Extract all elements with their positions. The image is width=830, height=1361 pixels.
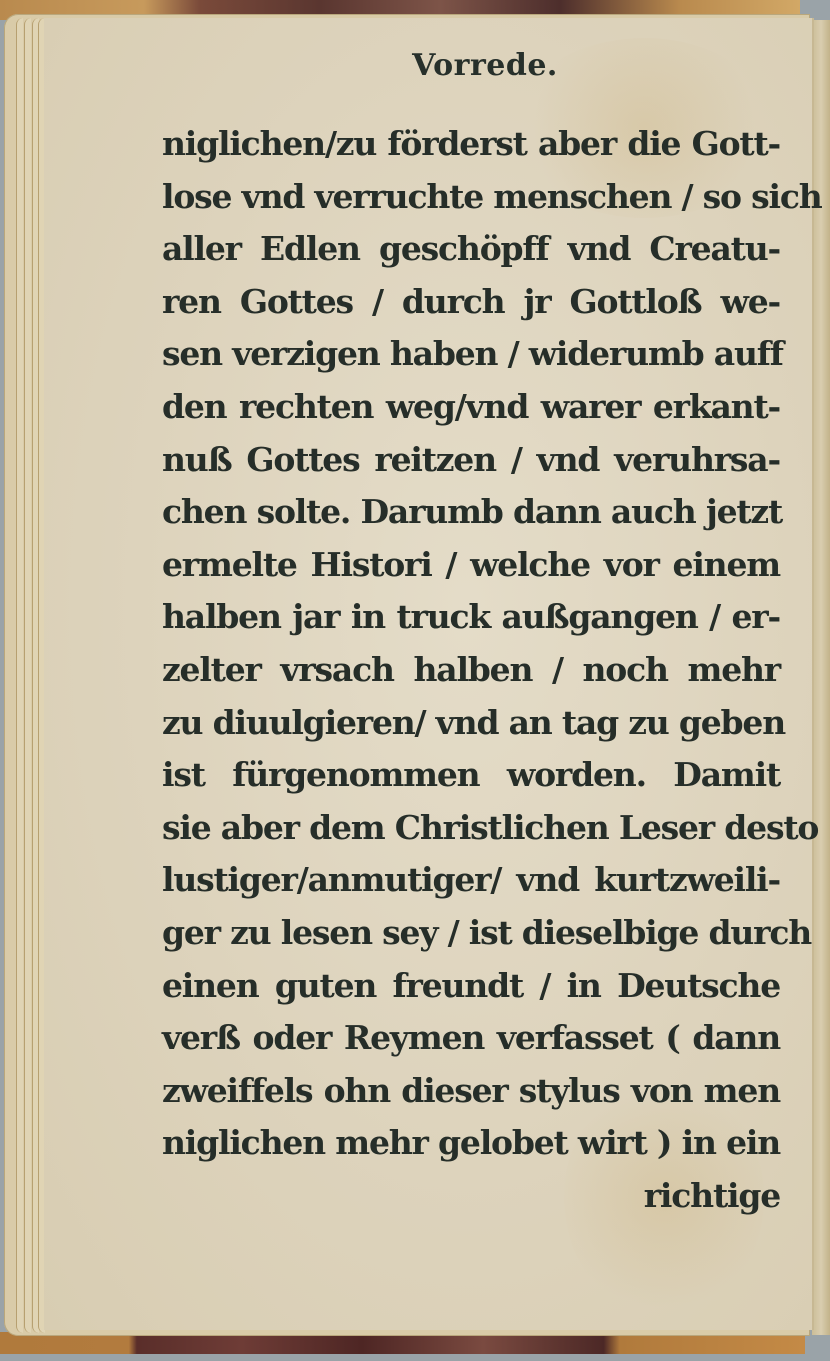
- running-head: Vorrede.: [0, 48, 830, 83]
- text-line: chen solte. Darumb dann auch jetzt: [162, 486, 780, 539]
- text-line: ger zu lesen sey / ist dieselbige durch: [162, 907, 780, 960]
- text-line: sen verzigen haben / widerumb auff: [162, 328, 780, 381]
- text-line: zweiffels ohn dieser stylus von men: [162, 1065, 780, 1118]
- text-line: zu diuulgieren/ vnd an tag zu geben: [162, 697, 780, 750]
- text-line: lustiger/anmutiger/ vnd kurtzweili-: [162, 854, 780, 907]
- text-line: niglichen/zu förderst aber die Gott-: [162, 118, 780, 171]
- text-line: nuß Gottes reitzen / vnd veruhrsa-: [162, 434, 780, 487]
- text-line: lose vnd verruchte menschen / so sich: [162, 171, 780, 224]
- page-edge: [24, 18, 31, 1333]
- text-block: niglichen/zu förderst aber die Gott- los…: [162, 118, 780, 1222]
- text-line: ren Gottes / durch jr Gottloß we-: [162, 276, 780, 329]
- text-line: den rechten weg/vnd warer erkant-: [162, 381, 780, 434]
- text-line: einen guten freundt / in Deutsche: [162, 960, 780, 1013]
- catchword: richtige: [162, 1170, 780, 1223]
- text-line: halben jar in truck außgangen / er-: [162, 591, 780, 644]
- text-line: zelter vrsach halben / noch mehr: [162, 644, 780, 697]
- text-line: aller Edlen geschöpff vnd Creatu-: [162, 223, 780, 276]
- facing-page-edge: [812, 20, 830, 1335]
- page-edge: [16, 18, 23, 1333]
- text-line: verß oder Reymen verfasset ( dann: [162, 1012, 780, 1065]
- text-line: sie aber dem Christlichen Leser desto: [162, 802, 780, 855]
- text-line: ermelte Histori / welche vor einem: [162, 539, 780, 592]
- text-line: niglichen mehr gelobet wirt ) in ein: [162, 1117, 780, 1170]
- text-line: ist fürgenommen worden. Damit: [162, 749, 780, 802]
